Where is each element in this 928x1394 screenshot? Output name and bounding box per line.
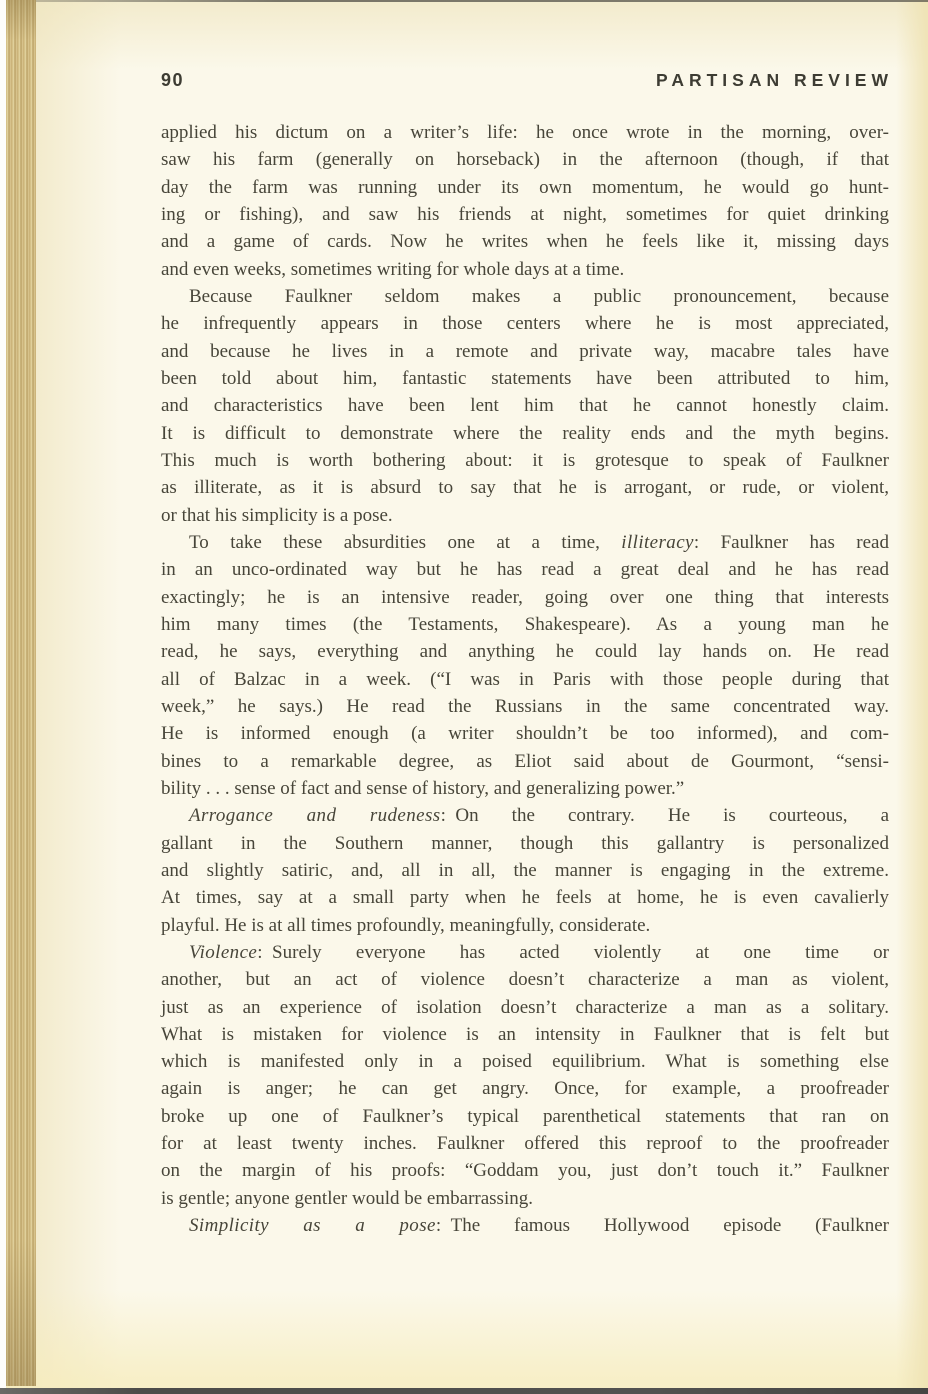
text-line: which is manifested only in a poised equ… (161, 1048, 889, 1075)
page-text: applied his dictum on a writer’s life: h… (161, 119, 889, 1239)
text-line: day the farm was running under its own m… (161, 174, 889, 201)
text-line: gallant in the Southern manner, though t… (161, 830, 889, 857)
text-line: bines to a remarkable degree, as Eliot s… (161, 748, 889, 775)
scan-bottom-edge (0, 1388, 928, 1394)
text-line: and a game of cards. Now he writes when … (161, 228, 889, 255)
page-number: 90 (161, 70, 184, 91)
text-line: It is difficult to demonstrate where the… (161, 420, 889, 447)
text-line: been told about him, fantastic statement… (161, 365, 889, 392)
text-line: him many times (the Testaments, Shakespe… (161, 611, 889, 638)
text-line: all of Balzac in a week. (“I was in Pari… (161, 666, 889, 693)
text-line: ing or fishing), and saw his friends at … (161, 201, 889, 228)
text-line: is gentle; anyone gentler would be embar… (161, 1185, 889, 1212)
text-line: and because he lives in a remote and pri… (161, 338, 889, 365)
text-line: and characteristics have been lent him t… (161, 392, 889, 419)
text-line: applied his dictum on a writer’s life: h… (161, 119, 889, 146)
journal-title: PARTISAN REVIEW (656, 70, 893, 91)
text-line: and slightly satiric, and, all in all, t… (161, 857, 889, 884)
book-fore-edge (6, 0, 36, 1386)
text-line: on the margin of his proofs: “Goddam you… (161, 1157, 889, 1184)
text-line: To take these absurdities one at a time,… (161, 529, 889, 556)
text-line: What is mistaken for violence is an inte… (161, 1021, 889, 1048)
text-line: he infrequently appears in those centers… (161, 310, 889, 337)
scan-top-edge (0, 0, 928, 2)
text-line: in an unco-ordinated way but he has read… (161, 556, 889, 583)
text-line: just as an experience of isolation doesn… (161, 994, 889, 1021)
text-line: At times, say at a small party when he f… (161, 884, 889, 911)
text-line: Arrogance and rudeness: On the contrary.… (161, 802, 889, 829)
paragraph: To take these absurdities one at a time,… (161, 529, 889, 802)
text-line: another, but an act of violence doesn’t … (161, 966, 889, 993)
paragraph: Simplicity as a pose: The famous Hollywo… (161, 1212, 889, 1239)
text-line: as illiterate, as it is absurd to say th… (161, 474, 889, 501)
text-line: He is informed enough (a writer shouldn’… (161, 720, 889, 747)
text-line: bility . . . sense of fact and sense of … (161, 775, 889, 802)
text-line: or that his simplicity is a pose. (161, 502, 889, 529)
text-line: read, he says, everything and anything h… (161, 638, 889, 665)
text-line: Violence: Surely everyone has acted viol… (161, 939, 889, 966)
text-line: broke up one of Faulkner’s typical paren… (161, 1103, 889, 1130)
text-line: and even weeks, sometimes writing for wh… (161, 256, 889, 283)
text-line: This much is worth bothering about: it i… (161, 447, 889, 474)
paragraph: applied his dictum on a writer’s life: h… (161, 119, 889, 283)
text-line: Simplicity as a pose: The famous Hollywo… (161, 1212, 889, 1239)
book-page: 90 PARTISAN REVIEW applied his dictum on… (0, 0, 928, 1394)
text-line: again is anger; he can get angry. Once, … (161, 1075, 889, 1102)
paragraph: Violence: Surely everyone has acted viol… (161, 939, 889, 1212)
text-line: Because Faulkner seldom makes a public p… (161, 283, 889, 310)
paragraph: Arrogance and rudeness: On the contrary.… (161, 802, 889, 939)
page-header: 90 PARTISAN REVIEW (161, 70, 893, 91)
text-line: playful. He is at all times profoundly, … (161, 912, 889, 939)
text-line: week,” he says.) He read the Russians in… (161, 693, 889, 720)
text-line: exactingly; he is an intensive reader, g… (161, 584, 889, 611)
text-line: for at least twenty inches. Faulkner off… (161, 1130, 889, 1157)
paragraph: Because Faulkner seldom makes a public p… (161, 283, 889, 529)
text-line: saw his farm (generally on horseback) in… (161, 146, 889, 173)
